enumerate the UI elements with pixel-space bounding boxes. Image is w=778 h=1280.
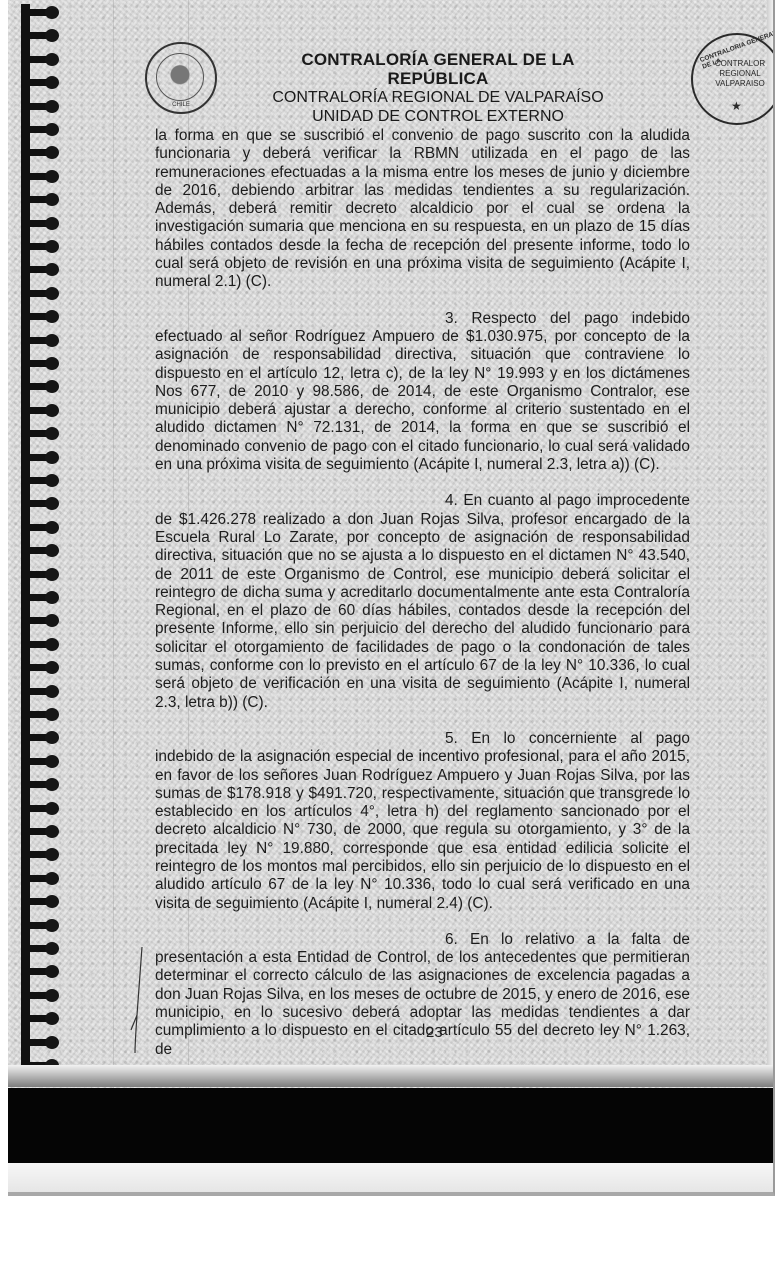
contraloria-seal-icon: CHILE <box>145 42 217 114</box>
binding-ring <box>21 6 61 18</box>
binding-ring <box>21 146 61 158</box>
binding-ring <box>21 591 61 603</box>
binding-ring <box>21 568 61 580</box>
paragraph-text: En cuanto al pago improcedente de $1.426… <box>155 492 690 710</box>
binding-ring <box>21 872 61 884</box>
binding-ring <box>21 755 61 767</box>
binding-ring <box>21 310 61 322</box>
binding-ring <box>21 614 61 626</box>
binding-ring <box>21 1012 61 1024</box>
binding-ring <box>21 263 61 275</box>
paragraph-number: 6. <box>155 931 458 949</box>
binding-ring <box>21 802 61 814</box>
scanner-margin <box>8 1163 773 1192</box>
binding-ring <box>21 685 61 697</box>
binding-ring <box>21 708 61 720</box>
binding-ring <box>21 76 61 88</box>
page-bottom-edge <box>8 1065 773 1087</box>
binding-ring <box>21 942 61 954</box>
binding-ring <box>21 1036 61 1048</box>
stamp-line: VALPARAISO <box>705 79 775 89</box>
seal-emblem-icon <box>156 53 204 101</box>
scanner-black-band <box>8 1088 773 1163</box>
binding-ring <box>21 123 61 135</box>
binding-ring <box>21 380 61 392</box>
paragraph-text: la forma en que se suscribió el convenio… <box>155 127 690 290</box>
fold-line <box>113 0 114 1088</box>
binding-ring <box>21 661 61 673</box>
binding-ring <box>21 357 61 369</box>
binding-ring <box>21 29 61 41</box>
binding-ring <box>21 217 61 229</box>
page-number: 23 <box>426 1024 443 1041</box>
binding-ring <box>21 100 61 112</box>
paragraph-number: 3. <box>155 310 458 328</box>
binding-ring <box>21 404 61 416</box>
paragraph-6: 6. En lo relativo a la falta de presenta… <box>155 931 690 1059</box>
binding-ring <box>21 848 61 860</box>
binding-ring <box>21 919 61 931</box>
paragraph-4: 4. En cuanto al pago improcedente de $1.… <box>155 492 690 712</box>
stamp-line: REGIONAL <box>705 69 775 79</box>
header-regional-office: CONTRALORÍA REGIONAL DE VALPARAÍSO <box>258 88 618 107</box>
seal-label: CHILE <box>147 102 215 108</box>
binding-ring <box>21 497 61 509</box>
binding-ring <box>21 521 61 533</box>
spiral-binding <box>16 0 64 1070</box>
binding-ring <box>21 825 61 837</box>
binding-ring <box>21 287 61 299</box>
page-edge-shadow <box>767 0 773 1088</box>
paragraph-text: En lo concerniente al pago indebido de l… <box>155 730 690 912</box>
binding-ring <box>21 240 61 252</box>
binding-ring <box>21 989 61 1001</box>
binding-ring <box>21 778 61 790</box>
document-body: la forma en que se suscribió el convenio… <box>155 127 690 1077</box>
binding-ring <box>21 451 61 463</box>
paragraph-number: 5. <box>155 730 458 748</box>
binding-ring <box>21 544 61 556</box>
paragraph-number: 4. <box>155 492 458 510</box>
binding-ring <box>21 474 61 486</box>
binding-ring <box>21 965 61 977</box>
stamp-center-text: CONTRALOR REGIONAL VALPARAISO <box>705 59 775 89</box>
binding-ring <box>21 53 61 65</box>
binding-ring <box>21 895 61 907</box>
binding-ring <box>21 427 61 439</box>
header-institution: CONTRALORÍA GENERAL DE LA REPÚBLICA <box>258 50 618 88</box>
paragraph-text: Respecto del pago indebido efectuado al … <box>155 310 690 473</box>
star-icon: ★ <box>731 99 742 113</box>
handwritten-signature <box>128 945 158 1055</box>
document-header: CONTRALORÍA GENERAL DE LA REPÚBLICA CONT… <box>258 50 618 126</box>
binding-ring <box>21 170 61 182</box>
binding-ring <box>21 731 61 743</box>
stamp-line: CONTRALOR <box>705 59 775 69</box>
header-unit: UNIDAD DE CONTROL EXTERNO <box>258 107 618 126</box>
paragraph-3: 3. Respecto del pago indebido efectuado … <box>155 310 690 475</box>
binding-ring <box>21 193 61 205</box>
scanned-page: CHILE CONTRALORÍA GENERAL DE LA REPÚBLIC… <box>8 0 775 1196</box>
paragraph-continuation: la forma en que se suscribió el convenio… <box>155 127 690 292</box>
binding-ring <box>21 638 61 650</box>
official-stamp: CONTRALORIA GENERAL DE LA CONTRALOR REGI… <box>691 33 775 125</box>
paragraph-5: 5. En lo concerniente al pago indebido d… <box>155 730 690 913</box>
binding-ring <box>21 334 61 346</box>
paragraph-text: En lo relativo a la falta de presentació… <box>155 931 690 1058</box>
